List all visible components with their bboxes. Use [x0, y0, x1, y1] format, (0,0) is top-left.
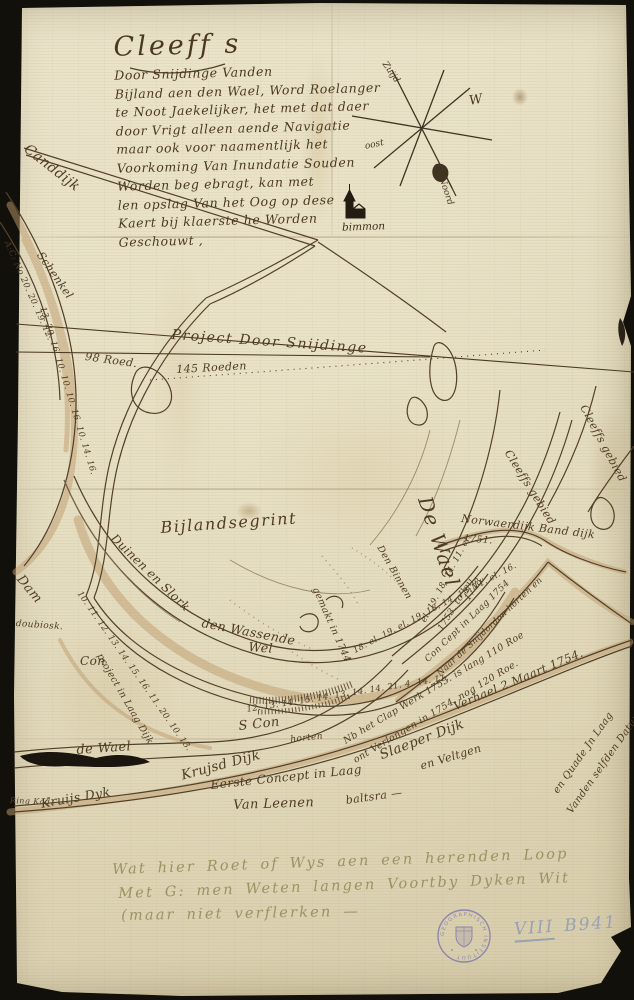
- map-label: Dam: [14, 573, 44, 606]
- map-label: Cleeffs gebied: [503, 448, 558, 526]
- map-label: doubiosk.: [15, 620, 63, 632]
- scanned-map-sheet: GEOGRAPHISCH INSTITUUT Cleeff s Door Sni…: [0, 0, 634, 1000]
- map-label: 13. 20. 16. 10. 10. 10. 16. 10. 14. 16.: [38, 306, 97, 476]
- catalog-shelfmark: B941: [564, 912, 618, 936]
- map-label: Bijlandsegrint: [160, 510, 298, 536]
- map-labels-layer: CanddijkA:C: No 20. 20. 19. 12.13. 20. 1…: [0, 0, 634, 1000]
- map-label: 98 Roed.: [84, 351, 138, 369]
- map-label: Schenkel: [35, 250, 75, 301]
- map-label: Wel: [248, 641, 273, 655]
- map-label: S Con: [238, 716, 280, 733]
- map-label: (maar niet verflerken —: [121, 905, 360, 924]
- map-label: 10. 11. 12. 13. 14. 15. 16. 11. 20. 10. …: [75, 590, 193, 753]
- map-label: Met G: men Weten langen Voortby Dyken Wi…: [118, 871, 570, 901]
- map-label: Project Door Snijdinge: [171, 328, 368, 356]
- map-label: 145 Roeden: [176, 360, 247, 375]
- map-label: baltsra —: [345, 787, 403, 806]
- map-label: Van Leenen: [233, 796, 314, 812]
- map-label: Canddijk: [21, 142, 82, 194]
- map-label: Cleeffs gebied: [578, 403, 628, 484]
- catalog-volume: VIII: [513, 917, 555, 943]
- map-label: gemakt in 1744: [310, 586, 352, 664]
- map-label: Duinen en Slork: [109, 532, 193, 613]
- map-label: Den Binnen: [375, 544, 413, 601]
- map-label: De Wael: [415, 494, 463, 590]
- map-label: de Wael: [76, 740, 132, 757]
- map-label: Ring Kad.: [10, 797, 54, 807]
- map-label: horten: [290, 733, 323, 745]
- map-label: en Veltgen: [419, 743, 483, 772]
